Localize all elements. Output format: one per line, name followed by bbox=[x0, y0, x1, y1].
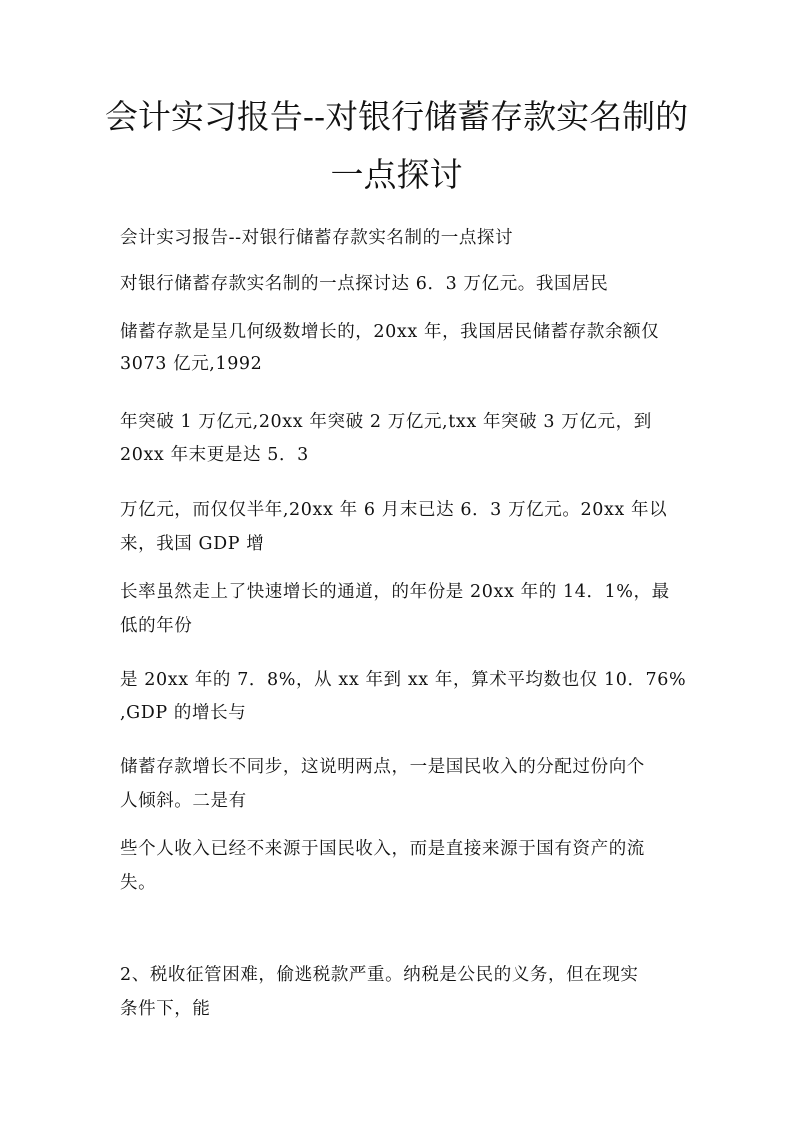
document-title-line-1: 会计实习报告--对银行储蓄存款实名制的 bbox=[0, 97, 793, 137]
paragraph-line: ,GDP 的增长与 bbox=[120, 701, 680, 725]
paragraph-line: 失。 bbox=[120, 871, 680, 895]
paragraph-line: 万亿元，而仅仅半年,20xx 年 6 月末已达 6．3 万亿元。20xx 年以 bbox=[120, 498, 680, 522]
paragraph-line: 低的年份 bbox=[120, 614, 680, 638]
paragraph-line: 些个人收入已经不来源于国民收入，而是直接来源于国有资产的流 bbox=[120, 837, 680, 861]
paragraph-line: 对银行储蓄存款实名制的一点探讨达 6．3 万亿元。我国居民 bbox=[120, 272, 680, 296]
paragraph-line: 来，我国 GDP 增 bbox=[120, 532, 680, 556]
paragraph-line: 3073 亿元,1992 bbox=[120, 352, 680, 376]
paragraph-line: 储蓄存款是呈几何级数增长的，20xx 年，我国居民储蓄存款余额仅 bbox=[120, 320, 680, 344]
paragraph-line: 会计实习报告--对银行储蓄存款实名制的一点探讨 bbox=[120, 226, 680, 250]
document-page: 会计实习报告--对银行储蓄存款实名制的 一点探讨 会计实习报告--对银行储蓄存款… bbox=[0, 0, 793, 1122]
paragraph-line: 储蓄存款增长不同步，这说明两点，一是国民收入的分配过份向个 bbox=[120, 755, 680, 779]
paragraph-line: 年突破 1 万亿元,20xx 年突破 2 万亿元,txx 年突破 3 万亿元，到 bbox=[120, 410, 680, 434]
paragraph-line: 人倾斜。二是有 bbox=[120, 789, 680, 813]
paragraph-line: 是 20xx 年的 7．8%，从 xx 年到 xx 年，算术平均数也仅 10．7… bbox=[120, 668, 680, 692]
paragraph-line: 条件下，能 bbox=[120, 997, 680, 1021]
paragraph-line: 20xx 年末更是达 5．3 bbox=[120, 443, 680, 467]
paragraph-line: 长率虽然走上了快速增长的通道，的年份是 20xx 年的 14．1%，最 bbox=[120, 580, 680, 604]
paragraph-line: 2、税收征管困难，偷逃税款严重。纳税是公民的义务，但在现实 bbox=[120, 963, 680, 987]
document-title-line-2: 一点探讨 bbox=[0, 155, 793, 195]
